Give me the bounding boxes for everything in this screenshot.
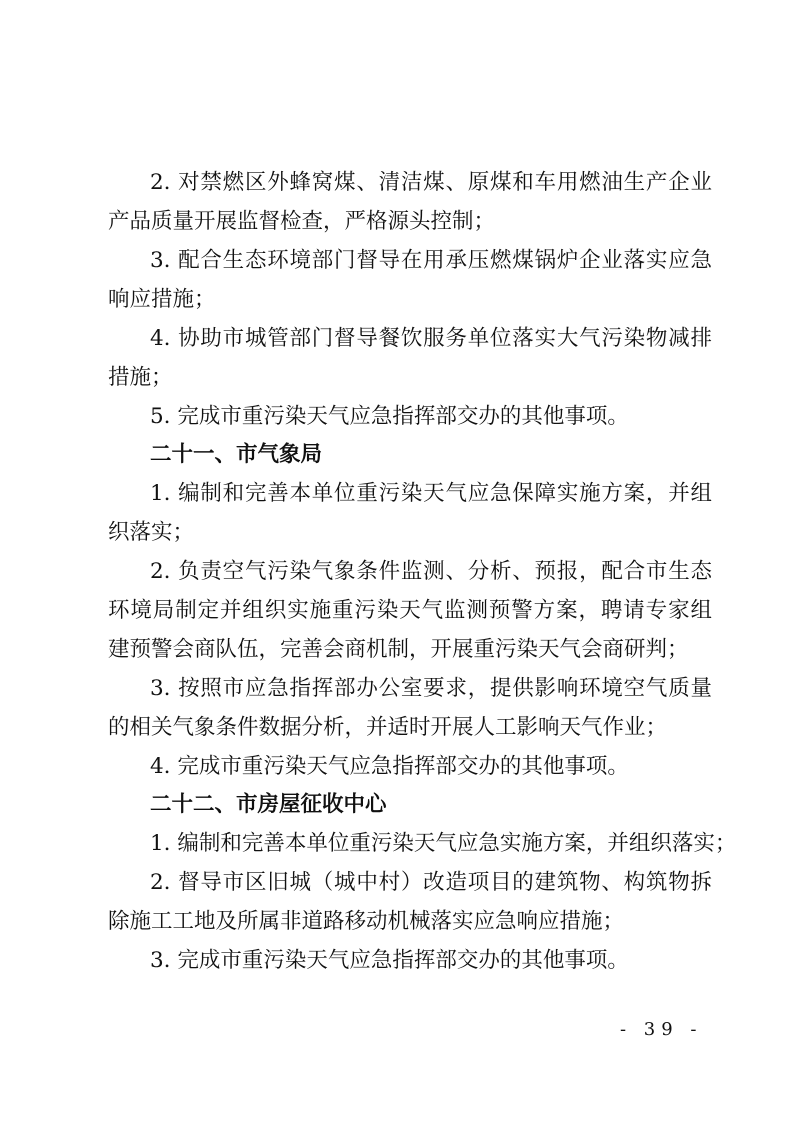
list-item-line: 5. 完成市重污染天气应急指挥部交办的其他事项。 (150, 402, 712, 432)
list-item-line: 2. 督导市区旧城（城中村）改造项目的建筑物、构筑物拆 (150, 868, 712, 898)
page-number: - 39 - (620, 1018, 703, 1042)
list-item-line: 产品质量开展监督检查，严格源头控制； (108, 207, 712, 237)
list-item-line: 3. 完成市重污染天气应急指挥部交办的其他事项。 (150, 946, 712, 976)
list-item-line: 的相关气象条件数据分析，并适时开展人工影响天气作业； (108, 713, 712, 743)
list-item-line: 措施； (108, 363, 712, 393)
list-item-line: 除施工工地及所属非道路移动机械落实应急响应措施； (108, 907, 712, 937)
list-item-line: 3. 配合生态环境部门督导在用承压燃煤锅炉企业落实应急 (150, 246, 712, 276)
list-item-line: 1. 编制和完善本单位重污染天气应急保障实施方案，并组 (150, 479, 712, 509)
list-item-line: 3. 按照市应急指挥部办公室要求，提供影响环境空气质量 (150, 674, 712, 704)
section-heading: 二十一、市气象局 (150, 440, 712, 470)
section-heading: 二十二、市房屋征收中心 (150, 790, 712, 820)
list-item-line: 建预警会商队伍，完善会商机制，开展重污染天气会商研判； (108, 635, 712, 665)
list-item-line: 织落实； (108, 518, 712, 548)
list-item-line: 2. 负责空气污染气象条件监测、分析、预报，配合市生态 (150, 557, 712, 587)
list-item-line: 2. 对禁燃区外蜂窝煤、清洁煤、原煤和车用燃油生产企业 (150, 168, 712, 198)
list-item-line: 4. 完成市重污染天气应急指挥部交办的其他事项。 (150, 752, 712, 782)
document-page-content: 2. 对禁燃区外蜂窝煤、清洁煤、原煤和车用燃油生产企业 产品质量开展监督检查，严… (0, 0, 800, 1131)
list-item-line: 环境局制定并组织实施重污染天气监测预警方案，聘请专家组 (108, 596, 712, 626)
list-item-line: 响应措施； (108, 285, 712, 315)
list-item-line: 1. 编制和完善本单位重污染天气应急实施方案，并组织落实； (150, 829, 712, 859)
list-item-line: 4. 协助市城管部门督导餐饮服务单位落实大气污染物减排 (150, 324, 712, 354)
